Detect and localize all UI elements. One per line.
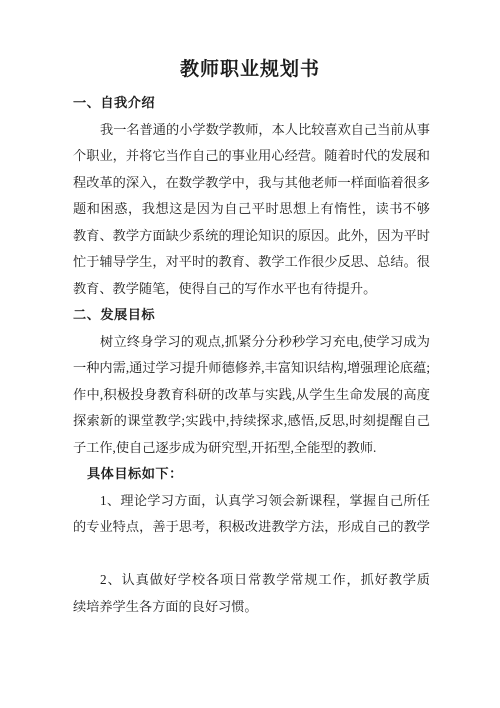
goal-item2-line: 续培养学生各方面的良好习惯。: [73, 594, 430, 621]
section2-paragraph-line: 探索新的课堂教学;实践中,持续探求,感悟,反思,时刻提醒自己用脑: [73, 408, 430, 435]
section2-paragraph-line: 树立终身学习的观点,抓紧分分秒秒学习充电,使学习成为自己的: [73, 329, 430, 356]
section2-paragraph-line: 子工作,使自己逐步成为研究型,开拓型,全能型的教师.: [73, 435, 430, 462]
section1-paragraph-line: 我一名普通的小学数学教师，本人比较喜欢自己当前从事的这: [73, 117, 430, 144]
section2-paragraph-line: 一种内需,通过学习提升师德修养,丰富知识结构,增强理论底蕴;工: [73, 355, 430, 382]
section1-heading: 一、自我介绍: [73, 90, 430, 117]
goal-item2-line: 2、认真做好学校各项日常教学常规工作，抓好教学质量，继: [73, 567, 430, 594]
blank-line: [73, 541, 430, 568]
section1-paragraph-line: 个职业，并将它当作自己的事业用心经营。随着时代的发展和新课: [73, 143, 430, 170]
document-body: 一、自我介绍 我一名普通的小学数学教师，本人比较喜欢自己当前从事的这 个职业，并…: [0, 90, 500, 620]
section1-paragraph-line: 教育、教学随笔，使得自己的写作水平也有待提升。: [73, 276, 430, 303]
section1-paragraph-line: 题和困惑，我想这是因为自己平时思想上有惰性，读书不够多，在: [73, 196, 430, 223]
section1-paragraph-line: 教育、教学方面缺少系统的理论知识的原因。此外，因为平时仅仅: [73, 223, 430, 250]
section1-paragraph-line: 忙于辅导学生，对平时的教育、教学工作很少反思、总结。很少写: [73, 249, 430, 276]
document-title: 教师职业规划书: [0, 0, 500, 85]
document-page: 教师职业规划书 一、自我介绍 我一名普通的小学数学教师，本人比较喜欢自己当前从事…: [0, 0, 500, 708]
section2-heading: 二、发展目标: [73, 302, 430, 329]
goal-item1-line: 的专业特点，善于思考，积极改进教学方法，形成自己的教学风格。: [73, 514, 430, 541]
section1-paragraph-line: 程改革的深入，在数学教学中，我与其他老师一样面临着很多的问: [73, 170, 430, 197]
section2-paragraph-line: 作中,积极投身教育科研的改革与实践,从学生生命发展的高度积极: [73, 382, 430, 409]
goal-item1-line: 1、理论学习方面，认真学习领会新课程，掌握自己所任学科: [73, 488, 430, 515]
section3-heading: 具体目标如下：: [73, 461, 430, 488]
